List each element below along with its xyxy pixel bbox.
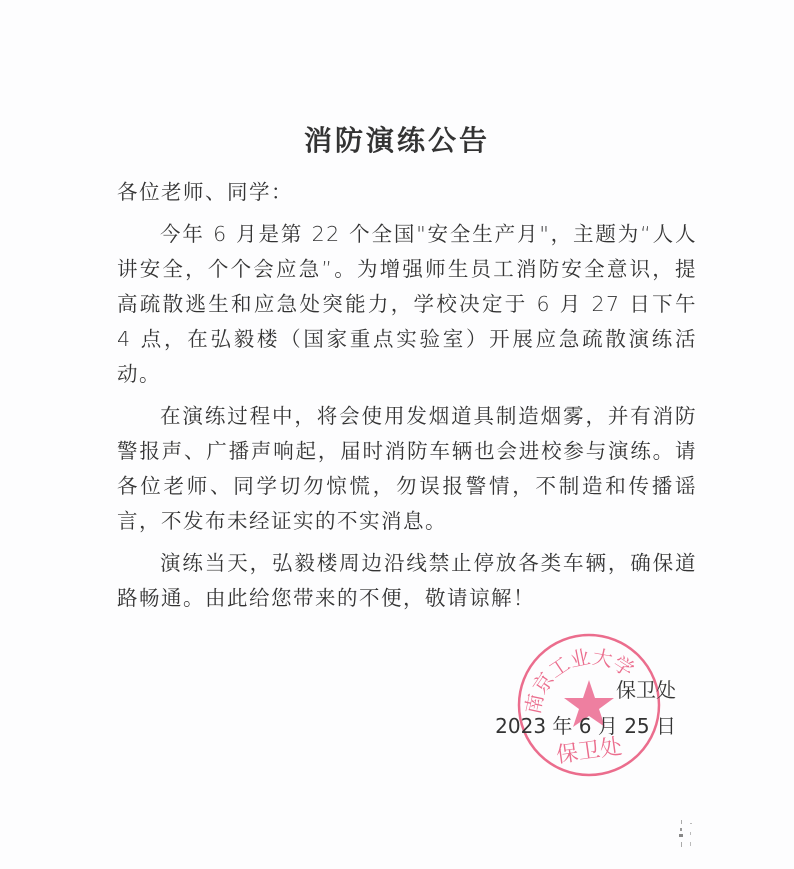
paragraph-drill-details: 在演练过程中，将会使用发烟道具制造烟雾，并有消防警报声、广播声响起，届时消防车辆…: [117, 399, 697, 539]
signature-department: 保卫处: [495, 672, 676, 708]
scan-artifact-marks: [677, 818, 697, 854]
paragraph-announcement: 今年 6 月是第 22 个全国"安全生产月"，主题为“人人讲安全，个个会应急”。…: [117, 217, 697, 392]
signature-block: 保卫处 2023 年 6 月 25 日: [495, 672, 676, 744]
signature-date: 2023 年 6 月 25 日: [495, 708, 676, 744]
greeting: 各位老师、同学：: [117, 175, 697, 210]
paragraph-parking-notice: 演练当天，弘毅楼周边沿线禁止停放各类车辆，确保道路畅通。由此给您带来的不便，敬请…: [117, 546, 697, 616]
document-title: 消防演练公告: [0, 119, 794, 159]
document-body: 各位老师、同学： 今年 6 月是第 22 个全国"安全生产月"，主题为“人人讲安…: [117, 175, 697, 616]
